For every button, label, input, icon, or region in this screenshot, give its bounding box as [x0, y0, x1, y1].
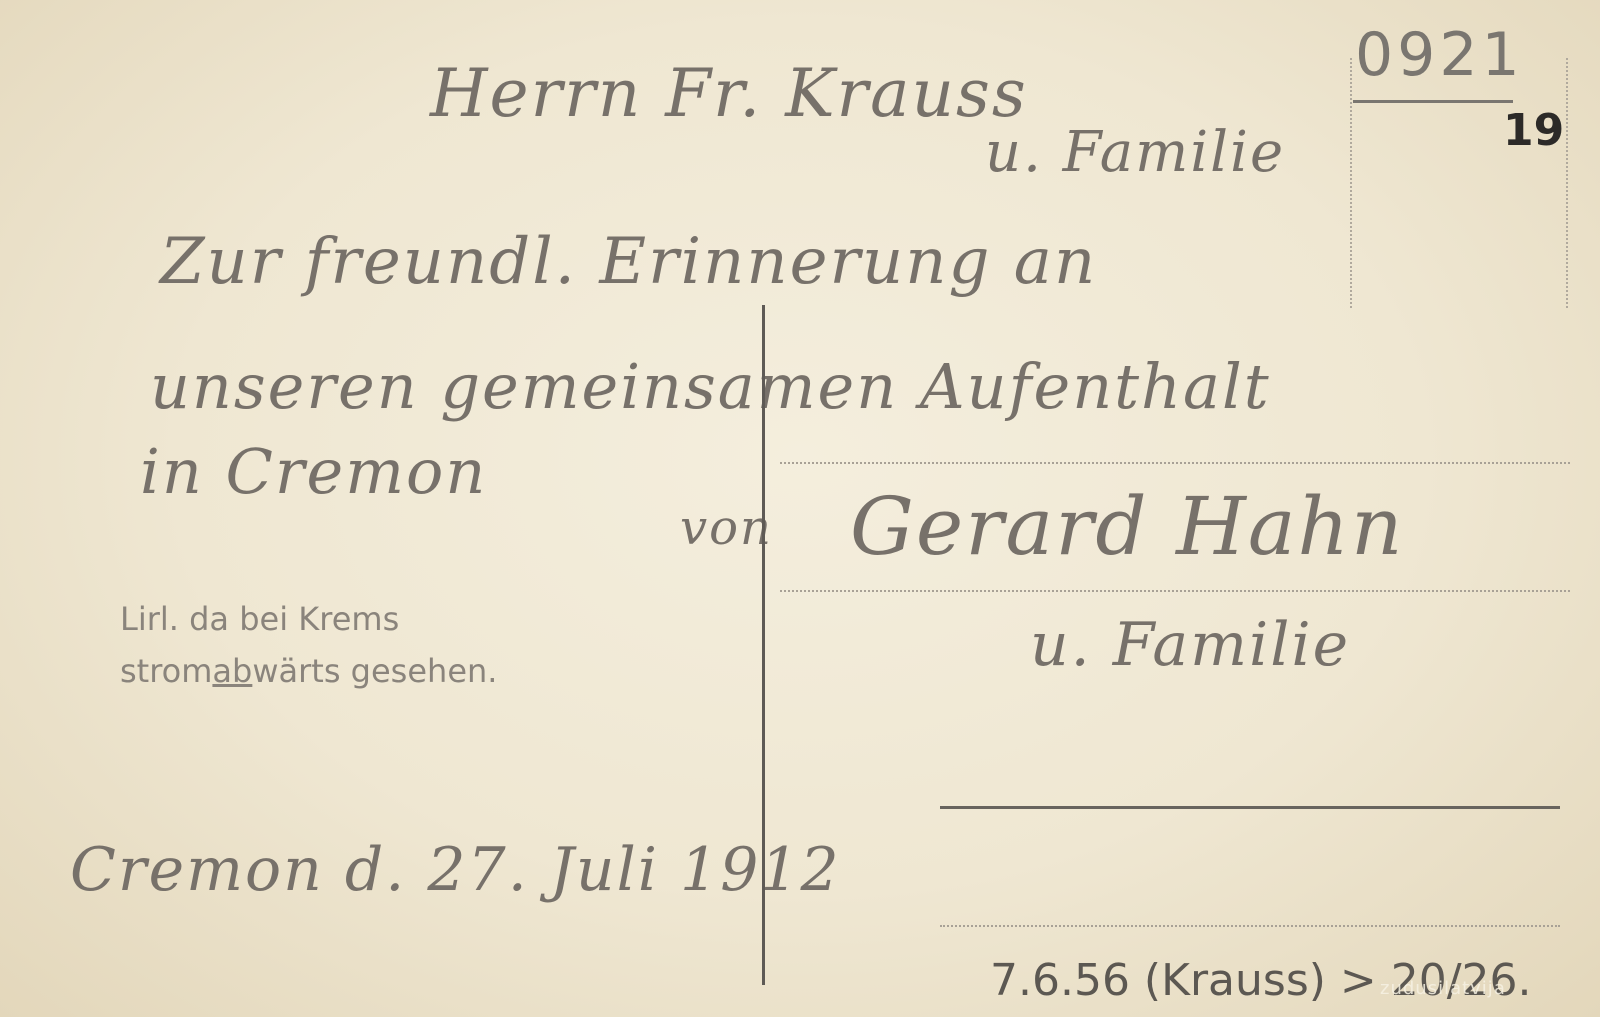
- caption-line-1: Lirl. da bei Krems: [120, 600, 399, 638]
- message-line-1: Zur freundl. Erinnerung an: [160, 225, 1097, 299]
- caption-underlined: ab: [212, 652, 252, 690]
- recipient-line-2: u. Familie: [985, 120, 1285, 185]
- address-line-3: [940, 806, 1560, 809]
- message-line-2: unseren gemeinsamen Aufenthalt: [150, 350, 1271, 423]
- sender-name: Gerard Hahn: [850, 480, 1405, 573]
- recipient-line-1: Herrn Fr. Krauss: [430, 55, 1028, 132]
- sender-family: u. Familie: [1030, 610, 1350, 680]
- stamp-box: [1350, 58, 1568, 308]
- center-divider: [762, 305, 765, 985]
- caption-part-1: strom: [120, 652, 212, 690]
- message-line-3: in Cremon: [140, 435, 487, 508]
- place-date: Cremon d. 27. Juli 1912: [70, 835, 841, 905]
- sender-prefix: von: [680, 500, 773, 556]
- watermark: zudusilatvija: [1380, 978, 1506, 999]
- archive-sub-number: 19: [1503, 105, 1564, 156]
- archive-number-rule: [1353, 100, 1513, 103]
- postcard-back: 0921 19 Herrn Fr. Krauss u. Familie Zur …: [0, 0, 1600, 1017]
- address-line-1: [780, 462, 1570, 464]
- archive-number: 0921: [1355, 20, 1524, 90]
- caption-part-2: wärts gesehen.: [252, 652, 497, 690]
- address-line-2: [780, 590, 1570, 592]
- caption-line-2: stromabwärts gesehen.: [120, 652, 497, 690]
- address-line-4: [940, 925, 1560, 927]
